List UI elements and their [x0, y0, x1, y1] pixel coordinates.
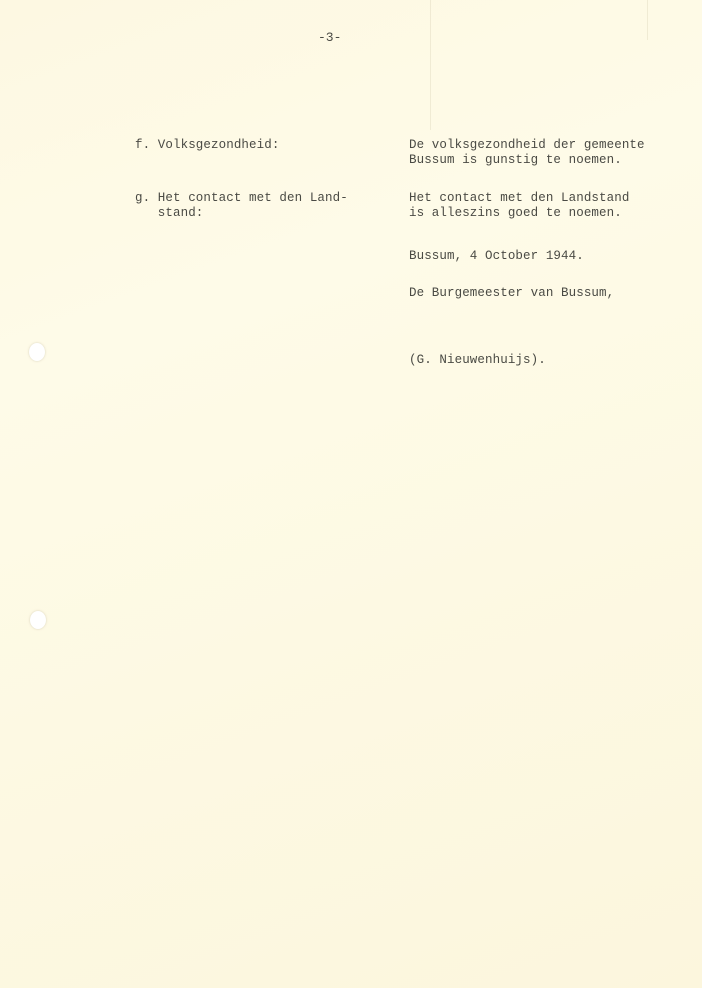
- item-f-text-line-2: Bussum is gunstig te noemen.: [409, 153, 622, 168]
- page-number: -3-: [318, 30, 341, 45]
- paper-fold-line: [647, 0, 648, 40]
- punch-hole-icon: [30, 611, 46, 629]
- signatory-name: (G. Nieuwenhuijs).: [409, 353, 546, 368]
- item-g-text-line-2: is alleszins goed te noemen.: [409, 206, 622, 221]
- item-f-label: f. Volksgezondheid:: [135, 138, 279, 153]
- scan-border: [0, 988, 702, 1000]
- paper-fold-line: [430, 0, 431, 130]
- item-f-text-line-1: De volksgezondheid der gemeente: [409, 138, 645, 153]
- signatory-title: De Burgemeester van Bussum,: [409, 286, 614, 301]
- item-g-text-line-1: Het contact met den Landstand: [409, 191, 629, 206]
- item-g-label-line-1: g. Het contact met den Land-: [135, 191, 348, 206]
- document-page: -3- f. Volksgezondheid: De volksgezondhe…: [0, 0, 702, 990]
- place-date: Bussum, 4 October 1944.: [409, 249, 584, 264]
- punch-hole-icon: [29, 343, 45, 361]
- item-g-label-line-2: stand:: [135, 206, 203, 221]
